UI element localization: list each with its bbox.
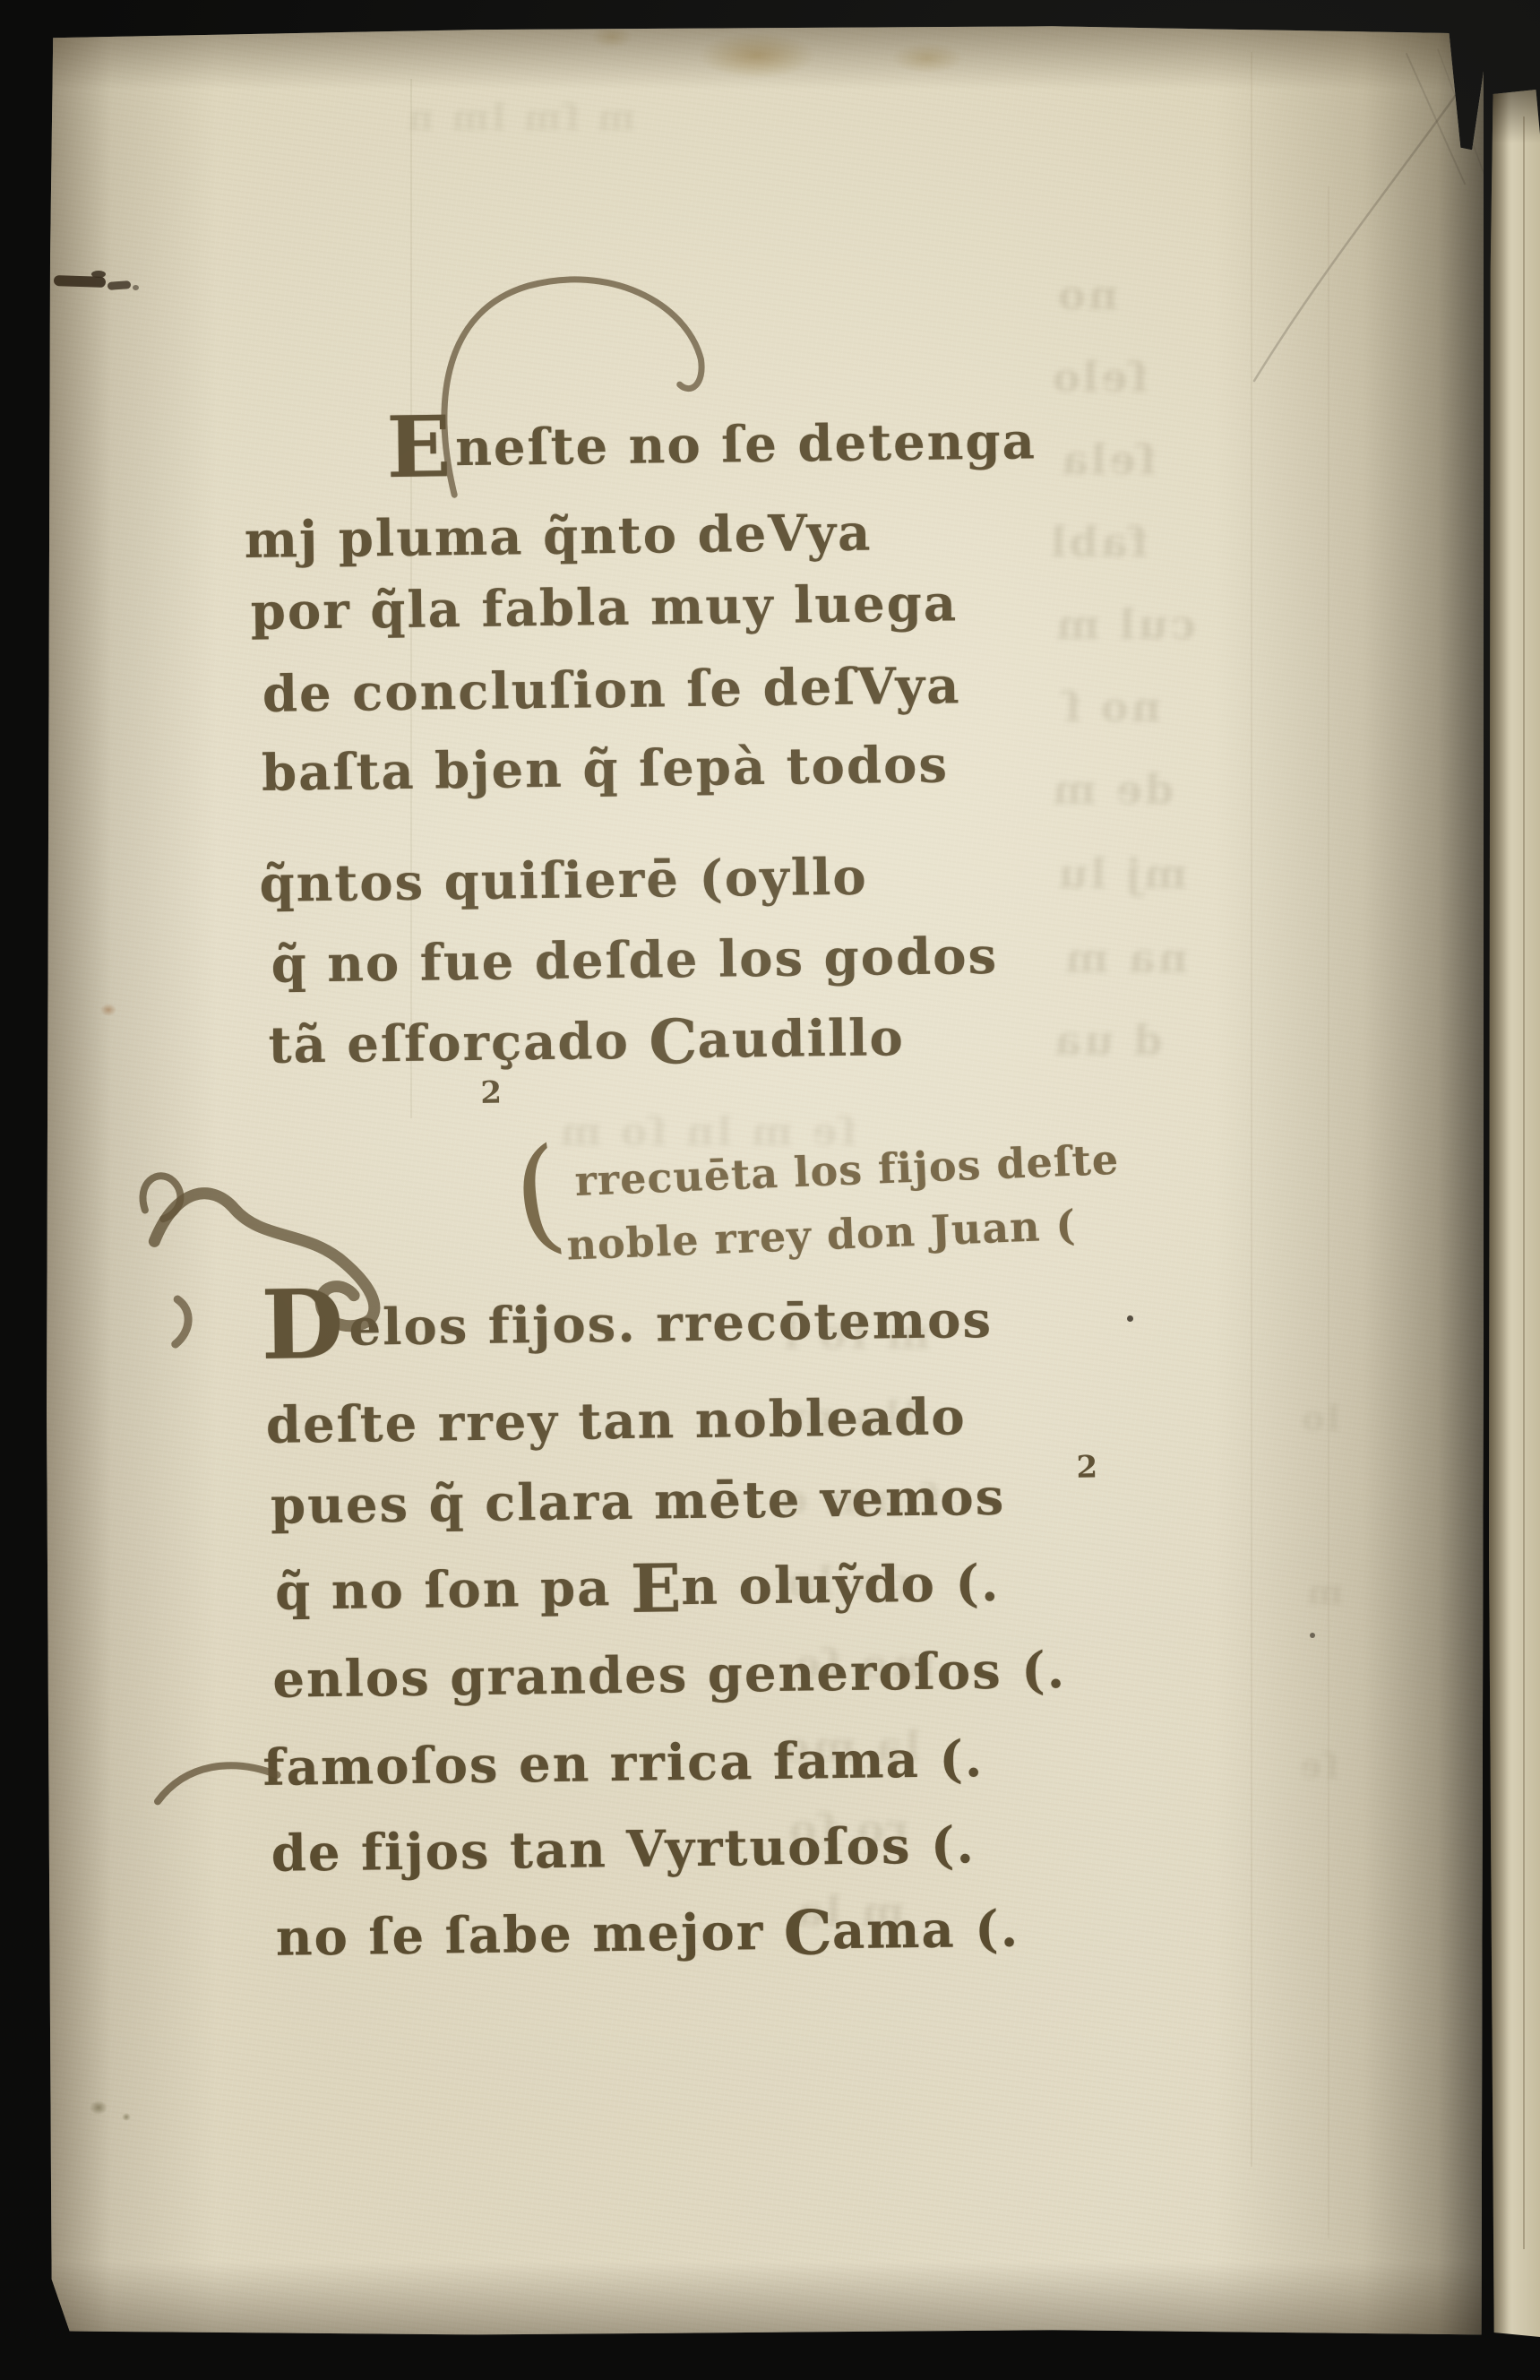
line-text: ama (. [831, 1900, 1019, 1962]
stanza1-line-5: baſta bjen q̃ ſepà todos [262, 739, 950, 798]
stanza2-line-1: Delos fijos. rrecōtemos [261, 1295, 993, 1354]
line-text: q̃ no ſon pa [275, 1558, 632, 1622]
line-text: elos fijos. rrecōtemos [348, 1290, 993, 1358]
stanza1-line-1: Eneſte no ſe detenga [386, 416, 1037, 474]
descender-flourish [150, 1736, 285, 1823]
stanza2-line-8: no ſe ſabe mejor Cama (. [276, 1904, 1020, 1963]
facing-page-crease [1523, 116, 1525, 2249]
manuscript-page: m ſm lm n no ſelo ſela fabl cul m no ſ d… [47, 25, 1484, 2337]
rubric-line-2: noble rrey don Juan ( [566, 1204, 1077, 1266]
stanza1-line-8: tã eſforçado Caudillo [268, 1013, 905, 1071]
stanza1-line-2: mj pluma q̃nto deVya [244, 507, 872, 565]
manuscript-photo: m ſm lm n no ſelo ſela fabl cul m no ſ d… [0, 0, 1540, 2380]
stanza1-line-4: de concluſion ſe deſVya [262, 660, 961, 720]
pencil-scribble [1227, 40, 1496, 399]
stanza1-line-7: q̃ no fue deſde los godos [271, 931, 998, 990]
stanza2-line-5: enlos grandes generoſos (. [272, 1645, 1067, 1705]
facing-page-edge [1489, 90, 1540, 2337]
decorated-initial: D [261, 1268, 344, 1381]
stanza2-line-6: famoſos en rrica fama (. [262, 1734, 984, 1793]
stanza1-line-6: q̃ntos quiſierē (oyllo [259, 852, 868, 910]
rubric-brace: ( [506, 1131, 571, 1260]
superscript-abbreviation-mark: 2 [1076, 1450, 1097, 1486]
line-text: no ſe ſabe mejor [275, 1902, 784, 1968]
line-text: neſte no ſe detenga [455, 411, 1037, 478]
stanza2-line-4: q̃ no ſon pa En oluỹdo (. [275, 1558, 1001, 1617]
stanza2-line-7: de fijos tan Vyrtuoſos (. [271, 1820, 976, 1879]
decorated-initial: C [649, 1006, 698, 1079]
cedilla-mark: 2 [480, 1075, 502, 1111]
decorated-initial: E [386, 398, 452, 497]
decorated-initial: E [630, 1550, 681, 1628]
line-text: audillo [697, 1008, 905, 1070]
stanza1-line-3: por q̃la fabla muy luega [250, 578, 958, 637]
stanza2-line-2: deſte rrey tan nobleado [266, 1392, 967, 1451]
decorated-initial: C [783, 1897, 832, 1970]
line-text: tã eſforçado [268, 1012, 649, 1075]
line-text: n oluỹdo (. [681, 1554, 1001, 1617]
stanza2-line-3: pues q̃ clara mēte vemos [271, 1472, 1006, 1531]
rubric-line-1: rrecuēta los fijos deſte [574, 1139, 1120, 1202]
